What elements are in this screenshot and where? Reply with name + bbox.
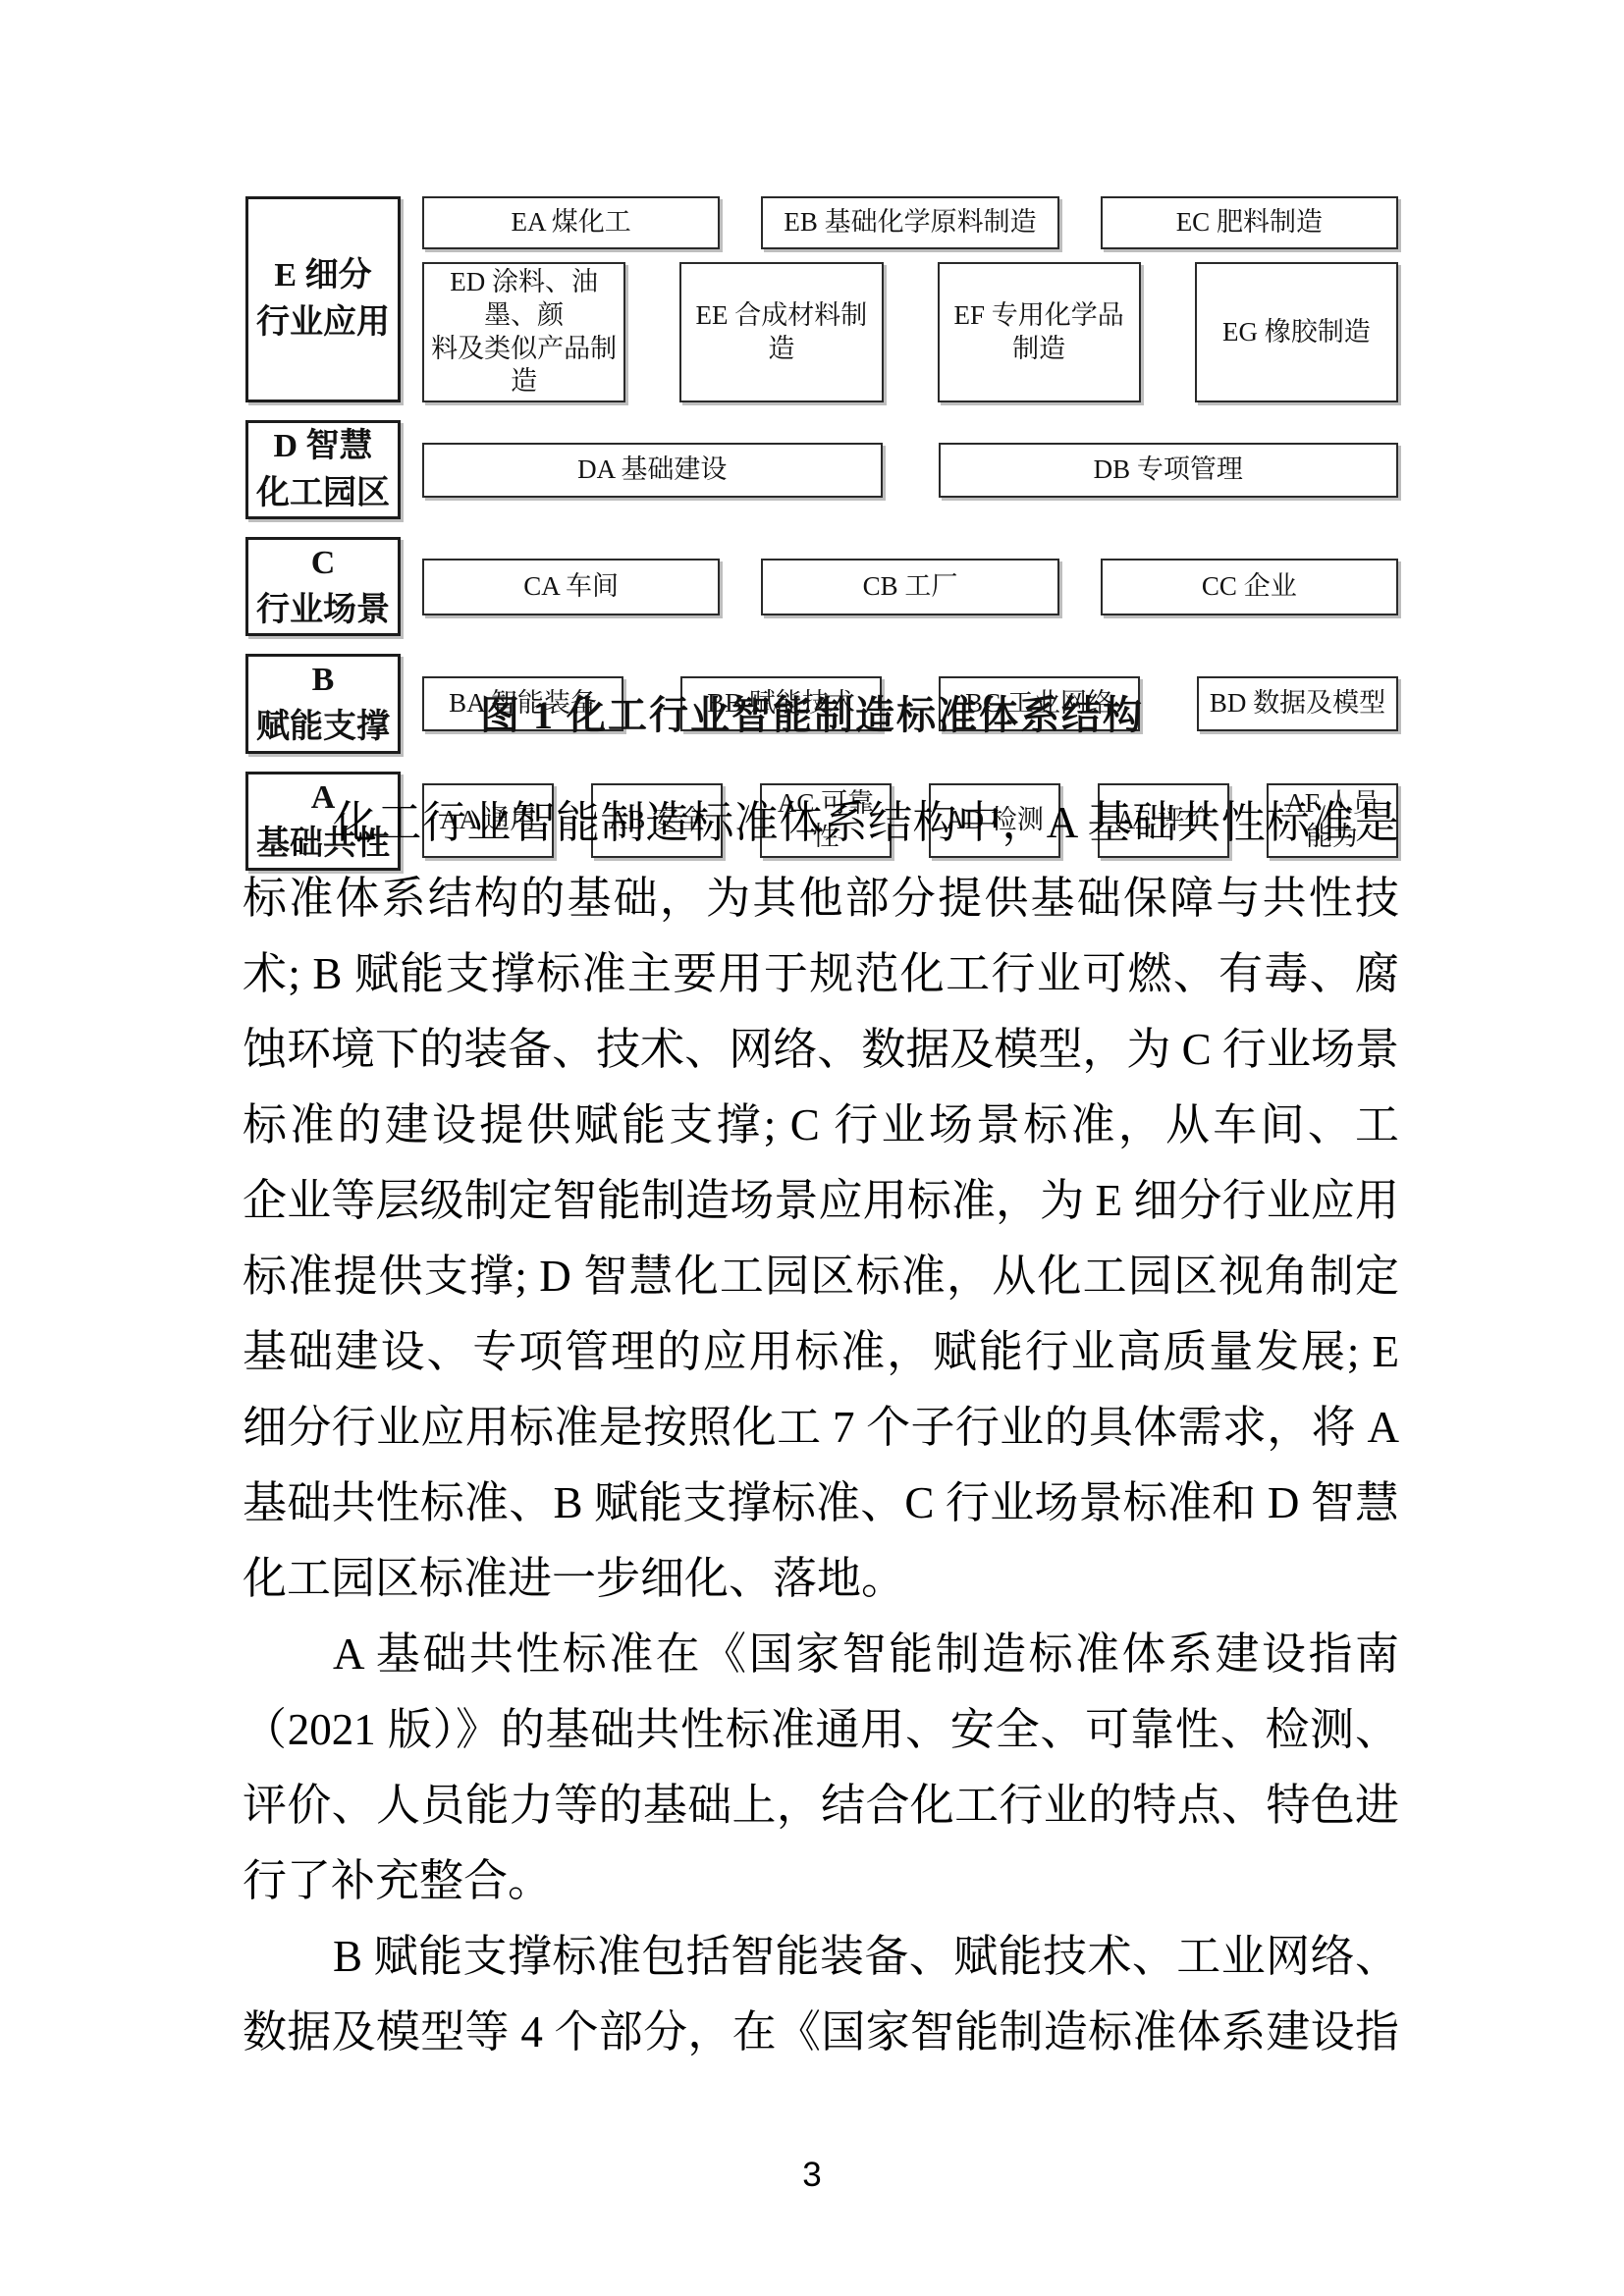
body-line: 基础共性标准、B 赋能支撑标准、C 行业场景标准和 D 智慧 <box>243 1466 1399 1541</box>
body-line: 企业等层级制定智能制造场景应用标准，为 E 细分行业应用 <box>243 1163 1399 1239</box>
body-line: 细分行业应用标准是按照化工 7 个子行业的具体需求，将 A <box>243 1390 1399 1466</box>
body-line: 化工园区标准进一步细化、落地。 <box>243 1541 1399 1617</box>
body-line: A 基础共性标准在《国家智能制造标准体系建设指南 <box>243 1617 1399 1692</box>
diagram-box: EE 合成材料制造 <box>679 262 883 402</box>
body-line: 术; B 赋能支撑标准主要用于规范化工行业可燃、有毒、腐 <box>243 936 1399 1012</box>
diagram-row-c: C 行业场景CA 车间CB 工厂CC 企业 <box>245 537 1398 636</box>
body-line: 蚀环境下的装备、技术、网络、数据及模型，为 C 行业场景 <box>243 1012 1399 1088</box>
diagram-row-label-c: C 行业场景 <box>245 537 401 636</box>
diagram-box: CA 车间 <box>422 559 720 615</box>
diagram-row-content-c: CA 车间CB 工厂CC 企业 <box>422 537 1398 636</box>
diagram-row-e: E 细分 行业应用EA 煤化工EB 基础化学原料制造EC 肥料制造ED 涂料、油… <box>245 196 1398 402</box>
body-text: 化工行业智能制造标准体系结构中，A 基础共性标准是标准体系结构的基础，为其他部分… <box>243 785 1399 2070</box>
diagram-box: EF 专用化学品制造 <box>938 262 1141 402</box>
diagram-row-d: D 智慧 化工园区DA 基础建设DB 专项管理 <box>245 420 1398 519</box>
figure-diagram: E 细分 行业应用EA 煤化工EB 基础化学原料制造EC 肥料制造ED 涂料、油… <box>245 196 1398 871</box>
diagram-box: EC 肥料制造 <box>1101 196 1398 249</box>
diagram-row-content-d: DA 基础建设DB 专项管理 <box>422 420 1398 519</box>
body-line: 标准的建设提供赋能支撑; C 行业场景标准，从车间、工厂、 <box>243 1088 1399 1163</box>
diagram-row-label-e: E 细分 行业应用 <box>245 196 401 402</box>
diagram-box: EG 橡胶制造 <box>1195 262 1398 402</box>
diagram-box: ED 涂料、油墨、颜 料及类似产品制造 <box>422 262 625 402</box>
diagram-row-label-d: D 智慧 化工园区 <box>245 420 401 519</box>
diagram-box-line: EA 煤化工EB 基础化学原料制造EC 肥料制造 <box>422 196 1398 249</box>
document-page: E 细分 行业应用EA 煤化工EB 基础化学原料制造EC 肥料制造ED 涂料、油… <box>0 0 1624 2296</box>
diagram-box: EB 基础化学原料制造 <box>761 196 1058 249</box>
body-line: 行了补充整合。 <box>243 1843 1399 1919</box>
body-line: 基础建设、专项管理的应用标准，赋能行业高质量发展; E <box>243 1314 1399 1390</box>
diagram-box: CC 企业 <box>1101 559 1398 615</box>
body-line: B 赋能支撑标准包括智能装备、赋能技术、工业网络、 <box>243 1919 1399 1995</box>
diagram-box-line: DA 基础建设DB 专项管理 <box>422 443 1398 498</box>
body-line: 标准体系结构的基础，为其他部分提供基础保障与共性技 <box>243 861 1399 936</box>
body-line: （2021 版）》的基础共性标准通用、安全、可靠性、检测、 <box>243 1692 1399 1768</box>
page-number: 3 <box>0 2156 1624 2195</box>
diagram-box: DA 基础建设 <box>422 443 883 498</box>
diagram-box-line: CA 车间CB 工厂CC 企业 <box>422 559 1398 615</box>
diagram-box: EA 煤化工 <box>422 196 720 249</box>
diagram-row-content-e: EA 煤化工EB 基础化学原料制造EC 肥料制造ED 涂料、油墨、颜 料及类似产… <box>422 196 1398 402</box>
body-line: 标准提供支撑; D 智慧化工园区标准，从化工园区视角制定 <box>243 1239 1399 1314</box>
body-line: 化工行业智能制造标准体系结构中，A 基础共性标准是 <box>243 785 1399 861</box>
figure-caption: 图 1 化工行业智能制造标准体系结构 <box>0 684 1624 740</box>
diagram-box: CB 工厂 <box>761 559 1058 615</box>
diagram-box-line: ED 涂料、油墨、颜 料及类似产品制造EE 合成材料制造EF 专用化学品制造EG… <box>422 262 1398 402</box>
diagram-box: DB 专项管理 <box>939 443 1399 498</box>
body-line: 数据及模型等 4 个部分，在《国家智能制造标准体系建设指 <box>243 1995 1399 2070</box>
body-line: 评价、人员能力等的基础上，结合化工行业的特点、特色进 <box>243 1768 1399 1843</box>
